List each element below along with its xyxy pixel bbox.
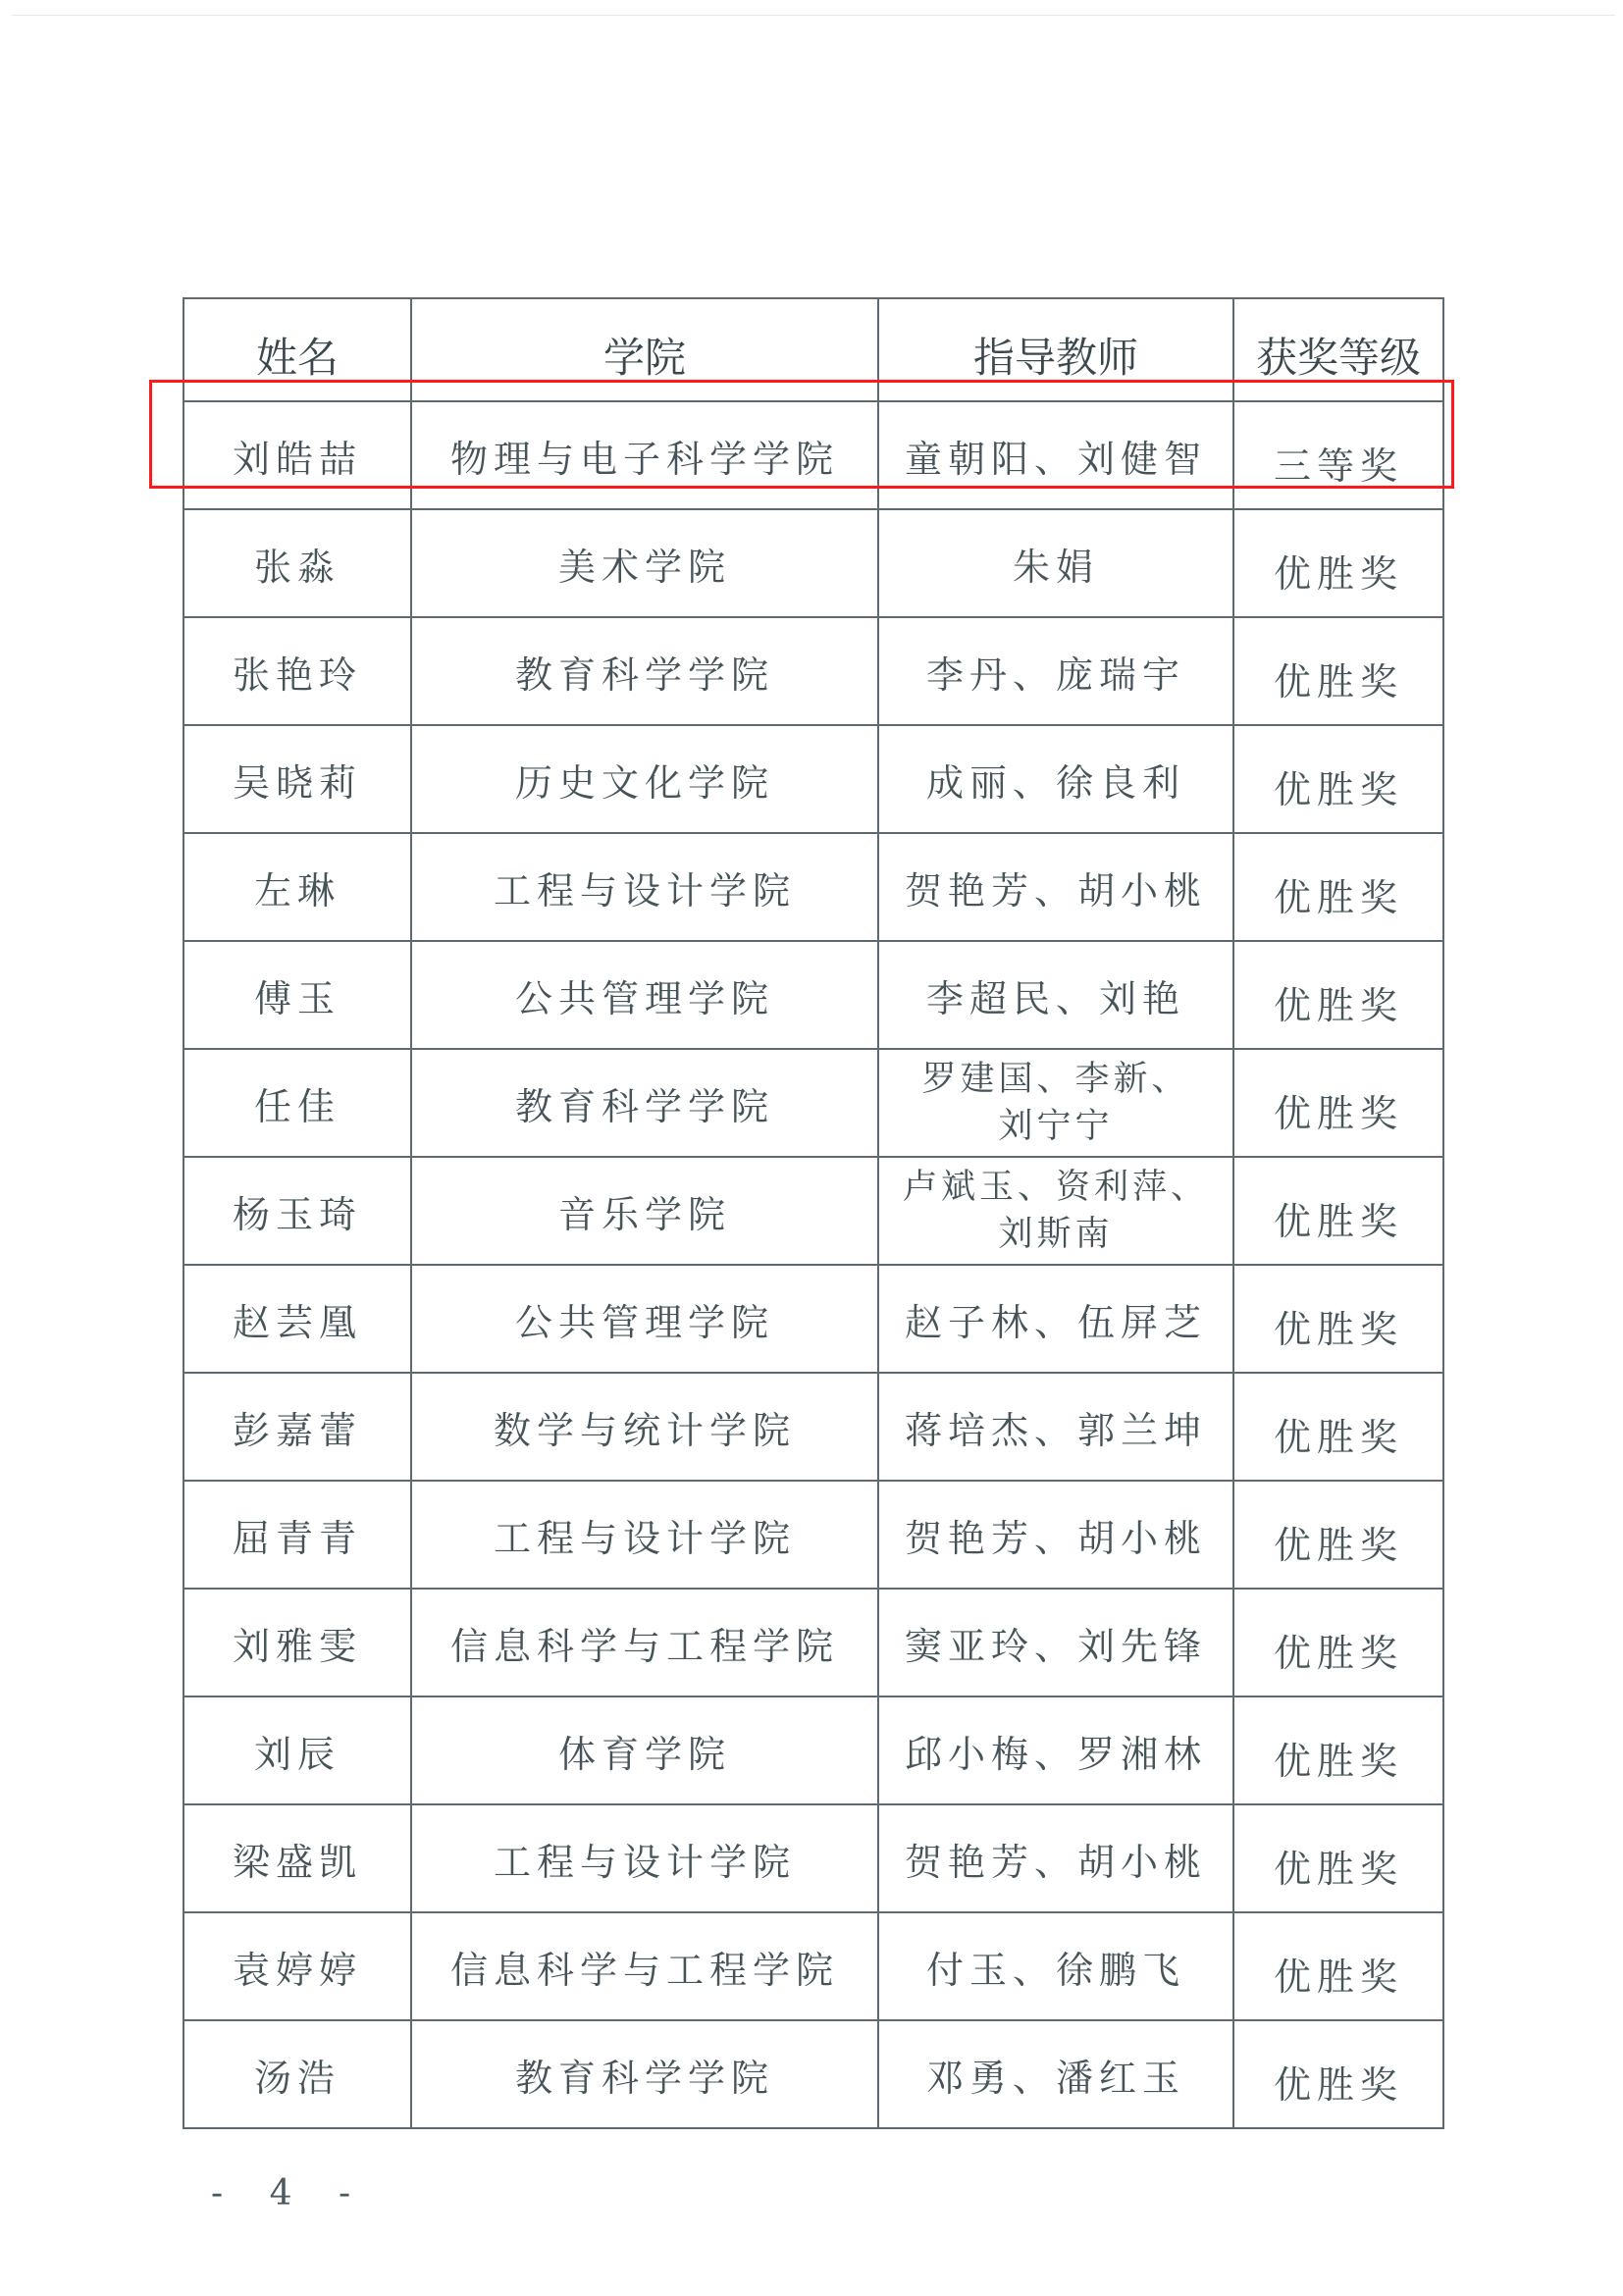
cell-award: 优胜奖 bbox=[1233, 941, 1443, 1049]
advisor-line: 卢斌玉、资利萍、 bbox=[879, 1164, 1232, 1211]
table-row: 汤浩 教育科学学院 邓勇、潘红玉 优胜奖 bbox=[183, 2020, 1443, 2128]
table-row: 彭嘉蕾 数学与统计学院 蒋培杰、郭兰坤 优胜奖 bbox=[183, 1373, 1443, 1481]
cell-award: 优胜奖 bbox=[1233, 1481, 1443, 1589]
table-row: 傅玉 公共管理学院 李超民、刘艳 优胜奖 bbox=[183, 941, 1443, 1049]
cell-college: 工程与设计学院 bbox=[411, 1481, 878, 1589]
cell-college: 教育科学学院 bbox=[411, 617, 878, 725]
cell-name: 吴晓莉 bbox=[183, 725, 411, 833]
cell-award: 优胜奖 bbox=[1233, 509, 1443, 617]
cell-name: 傅玉 bbox=[183, 941, 411, 1049]
cell-advisor: 付玉、徐鹏飞 bbox=[878, 1912, 1233, 2020]
cell-college: 音乐学院 bbox=[411, 1157, 878, 1265]
cell-name: 张淼 bbox=[183, 509, 411, 617]
table-row: 吴晓莉 历史文化学院 成丽、徐良利 优胜奖 bbox=[183, 725, 1443, 833]
cell-name: 彭嘉蕾 bbox=[183, 1373, 411, 1481]
cell-college: 公共管理学院 bbox=[411, 1265, 878, 1373]
cell-college: 美术学院 bbox=[411, 509, 878, 617]
cell-advisor: 窦亚玲、刘先锋 bbox=[878, 1589, 1233, 1696]
cell-award: 优胜奖 bbox=[1233, 1049, 1443, 1157]
table-row: 左琳 工程与设计学院 贺艳芳、胡小桃 优胜奖 bbox=[183, 833, 1443, 941]
cell-award: 优胜奖 bbox=[1233, 725, 1443, 833]
cell-award: 优胜奖 bbox=[1233, 1265, 1443, 1373]
cell-name: 左琳 bbox=[183, 833, 411, 941]
cell-award: 优胜奖 bbox=[1233, 833, 1443, 941]
table-row: 杨玉琦 音乐学院 卢斌玉、资利萍、 刘斯南 优胜奖 bbox=[183, 1157, 1443, 1265]
advisor-line: 刘斯南 bbox=[879, 1211, 1232, 1258]
advisor-line: 罗建国、李新、 bbox=[879, 1056, 1232, 1103]
cell-advisor: 贺艳芳、胡小桃 bbox=[878, 833, 1233, 941]
cell-name: 任佳 bbox=[183, 1049, 411, 1157]
cell-name: 袁婷婷 bbox=[183, 1912, 411, 2020]
cell-advisor: 赵子林、伍屏芝 bbox=[878, 1265, 1233, 1373]
scan-edge-line bbox=[12, 15, 1615, 16]
highlight-box bbox=[149, 380, 1454, 489]
cell-award: 优胜奖 bbox=[1233, 617, 1443, 725]
cell-advisor: 蒋培杰、郭兰坤 bbox=[878, 1373, 1233, 1481]
cell-college: 工程与设计学院 bbox=[411, 833, 878, 941]
cell-college: 历史文化学院 bbox=[411, 725, 878, 833]
cell-college: 体育学院 bbox=[411, 1696, 878, 1804]
cell-advisor: 罗建国、李新、 刘宁宁 bbox=[878, 1049, 1233, 1157]
cell-college: 数学与统计学院 bbox=[411, 1373, 878, 1481]
table-row: 任佳 教育科学学院 罗建国、李新、 刘宁宁 优胜奖 bbox=[183, 1049, 1443, 1157]
cell-name: 汤浩 bbox=[183, 2020, 411, 2128]
cell-award: 优胜奖 bbox=[1233, 1912, 1443, 2020]
table-row: 梁盛凯 工程与设计学院 贺艳芳、胡小桃 优胜奖 bbox=[183, 1804, 1443, 1912]
table-row: 屈青青 工程与设计学院 贺艳芳、胡小桃 优胜奖 bbox=[183, 1481, 1443, 1589]
cell-name: 刘辰 bbox=[183, 1696, 411, 1804]
table-row: 张艳玲 教育科学学院 李丹、庞瑞宇 优胜奖 bbox=[183, 617, 1443, 725]
table-row: 刘雅雯 信息科学与工程学院 窦亚玲、刘先锋 优胜奖 bbox=[183, 1589, 1443, 1696]
cell-advisor: 邓勇、潘红玉 bbox=[878, 2020, 1233, 2128]
page-number: - 4 - bbox=[211, 2173, 368, 2214]
cell-advisor: 卢斌玉、资利萍、 刘斯南 bbox=[878, 1157, 1233, 1265]
cell-award: 优胜奖 bbox=[1233, 1157, 1443, 1265]
cell-advisor: 贺艳芳、胡小桃 bbox=[878, 1804, 1233, 1912]
table-row: 袁婷婷 信息科学与工程学院 付玉、徐鹏飞 优胜奖 bbox=[183, 1912, 1443, 2020]
table-row: 赵芸凰 公共管理学院 赵子林、伍屏芝 优胜奖 bbox=[183, 1265, 1443, 1373]
cell-name: 张艳玲 bbox=[183, 617, 411, 725]
cell-college: 信息科学与工程学院 bbox=[411, 1912, 878, 2020]
cell-name: 屈青青 bbox=[183, 1481, 411, 1589]
cell-advisor: 成丽、徐良利 bbox=[878, 725, 1233, 833]
cell-college: 教育科学学院 bbox=[411, 1049, 878, 1157]
advisor-line: 刘宁宁 bbox=[879, 1103, 1232, 1150]
cell-award: 优胜奖 bbox=[1233, 1589, 1443, 1696]
cell-name: 刘雅雯 bbox=[183, 1589, 411, 1696]
cell-advisor: 邱小梅、罗湘林 bbox=[878, 1696, 1233, 1804]
award-winners-table: 姓名 学院 指导教师 获奖等级 刘皓喆 物理与电子科学学院 童朝阳、刘健智 三等… bbox=[183, 297, 1444, 2129]
cell-award: 优胜奖 bbox=[1233, 1696, 1443, 1804]
cell-award: 优胜奖 bbox=[1233, 1804, 1443, 1912]
cell-award: 优胜奖 bbox=[1233, 1373, 1443, 1481]
cell-advisor: 李超民、刘艳 bbox=[878, 941, 1233, 1049]
cell-name: 杨玉琦 bbox=[183, 1157, 411, 1265]
cell-college: 教育科学学院 bbox=[411, 2020, 878, 2128]
cell-name: 梁盛凯 bbox=[183, 1804, 411, 1912]
cell-college: 工程与设计学院 bbox=[411, 1804, 878, 1912]
cell-advisor: 贺艳芳、胡小桃 bbox=[878, 1481, 1233, 1589]
cell-advisor: 李丹、庞瑞宇 bbox=[878, 617, 1233, 725]
cell-college: 信息科学与工程学院 bbox=[411, 1589, 878, 1696]
cell-name: 赵芸凰 bbox=[183, 1265, 411, 1373]
table-row: 张淼 美术学院 朱娟 优胜奖 bbox=[183, 509, 1443, 617]
cell-college: 公共管理学院 bbox=[411, 941, 878, 1049]
cell-award: 优胜奖 bbox=[1233, 2020, 1443, 2128]
table-row: 刘辰 体育学院 邱小梅、罗湘林 优胜奖 bbox=[183, 1696, 1443, 1804]
cell-advisor: 朱娟 bbox=[878, 509, 1233, 617]
